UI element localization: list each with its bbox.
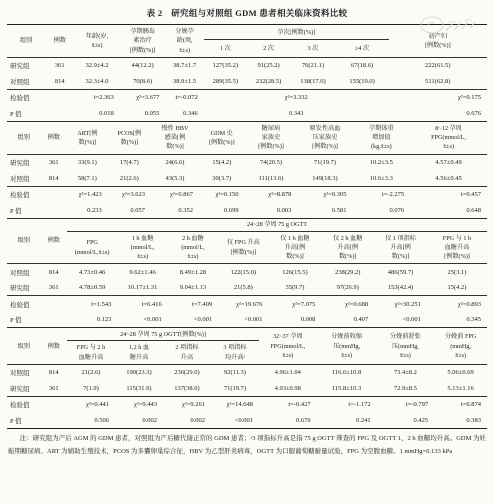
cell: t=6.416 <box>117 296 167 312</box>
cell: 5.13±1.16 <box>434 380 487 396</box>
cell: χ²=30.251 <box>374 296 427 312</box>
cell: 32.3±4.0 <box>74 73 120 89</box>
group-data-row: 对照组81458(7.1)21(2.6)43(5.3)30(3.7)111(13… <box>7 170 487 186</box>
statistic-row: P 值0.2330.0570.3520.6990.0030.5810.0760.… <box>7 202 487 218</box>
row-label: 检验值 <box>7 186 41 202</box>
cell: 71(19.7) <box>297 154 352 170</box>
cell: χ²=3.677 <box>120 89 166 105</box>
cell: 0.233 <box>67 202 108 218</box>
column-header: 例数 <box>45 25 74 57</box>
statistic-row: 检验值χ²=1.423χ²=3.623χ²=0.867χ²=0.150χ²=8.… <box>7 186 487 202</box>
cell: <0.001 <box>218 312 268 328</box>
cell: 236(29.0) <box>163 364 211 380</box>
group-data-row: 研究组3614.78±0.5910.17±1.319.04±1.1321(5.8… <box>7 280 487 296</box>
row-label: 检验值 <box>7 296 41 312</box>
statistic-row: 检验值t=1.543t=6.416t=7.409χ²=19.676χ²=7.07… <box>7 296 487 312</box>
row-label: 检验值 <box>7 89 45 105</box>
column-header: 年龄(岁, x̄±s) <box>74 25 120 57</box>
row-label: 研究组 <box>7 154 41 170</box>
cell: 0.002 <box>163 412 211 428</box>
column-header: 孕期体重 增加值 (kg,x̄±s) <box>353 121 411 154</box>
cell: 0.506 <box>67 412 115 428</box>
cell: 115(31.9) <box>115 380 163 396</box>
cell: χ²=0.867 <box>151 186 199 202</box>
cell <box>45 89 74 105</box>
column-header: FPG (mmol/L,x̄±s) <box>67 231 117 264</box>
row-label: P 值 <box>7 202 41 218</box>
cell: 0.383 <box>434 412 487 428</box>
cell: 361 <box>41 280 67 296</box>
cell: 0.057 <box>108 202 151 218</box>
cell: 137(38.0) <box>163 380 211 396</box>
cell: χ²=0.305 <box>297 186 352 202</box>
row-label: 对照组 <box>7 170 41 186</box>
column-group-header: 孕次[例数(%)] <box>204 25 389 40</box>
cell: χ²=14.648 <box>211 396 259 412</box>
column-header: FPG 与 2 h 血糖升高 <box>67 341 115 365</box>
cell <box>41 412 67 428</box>
cell: 0.055 <box>120 105 166 121</box>
column-header: 分娩前舒张 压(mmHg, x̄±s) <box>377 328 435 364</box>
cell: χ²=0.441 <box>67 396 115 412</box>
cell: 153(42.4) <box>374 280 427 296</box>
cell: t=-1.172 <box>317 396 377 412</box>
cell: 511(62.8) <box>389 73 487 89</box>
row-label: 对照组 <box>7 264 41 280</box>
cell: <0.001 <box>374 312 427 328</box>
row-label: 对照组 <box>7 73 45 89</box>
group-data-row: 对照组8144.73±0.469.62±1.468.49±1.28122(15.… <box>7 264 487 280</box>
section-table-1: 组别例数年龄(岁, x̄±s)孕期胰岛 素治疗 [例数(%)]分娩孕 龄(周, … <box>7 25 487 121</box>
row-label: 研究组 <box>7 280 41 296</box>
cell: 0.581 <box>297 202 352 218</box>
column-header: 组别 <box>7 121 41 154</box>
cell: χ²=3.623 <box>108 186 151 202</box>
cell: 0.407 <box>321 312 374 328</box>
statistic-row: P 值0.0180.0550.3460.3430.676 <box>7 105 487 121</box>
cell: χ²=1.423 <box>67 186 108 202</box>
column-header: 例数 <box>41 218 67 264</box>
table-footnote: 注：研究组为产后 AGM 的 GDM 患者，对照组为产后糖代谢正常的 GDM 患… <box>7 429 487 458</box>
cell: <0.001 <box>168 312 218 328</box>
cell: t=-0.072 <box>165 89 203 105</box>
column-header: 孕期胰岛 素治疗 [例数(%)] <box>120 25 166 57</box>
column-header: 慢性 HBV 感染[例 数(%)] <box>151 121 199 154</box>
row-label: 对照组 <box>7 364 41 380</box>
cell: 10.6±3.3 <box>353 170 411 186</box>
cell: 38.9±1.5 <box>165 73 203 89</box>
cell: 72.9±8.5 <box>377 380 435 396</box>
cell: 32.9±4.2 <box>74 57 120 73</box>
cell: t=0.874 <box>434 396 487 412</box>
page: 表 2 研究组与对照组 GDM 患者相关临床资料比较 组别例数年龄(岁, x̄±… <box>0 0 494 503</box>
column-header: 2 次 <box>247 40 290 57</box>
cell: 0.241 <box>317 412 377 428</box>
group-data-row: 对照组81432.3±4.070(8.6)38.9±1.5289(35.5)23… <box>7 73 487 89</box>
cell <box>45 105 74 121</box>
cell: 4.56±0.45 <box>410 170 487 186</box>
cell: 9.62±1.46 <box>117 264 167 280</box>
column-header: GDM 史 [例数(%)] <box>199 121 245 154</box>
group-data-row: 研究组36132.9±4.244(12.2)38.7±1.7127(35.2)9… <box>7 57 487 73</box>
group-data-row: 研究组3617(1.9)115(31.9)137(38.0)71(19.7)4.… <box>7 380 487 396</box>
cell <box>41 202 67 218</box>
cell: 92(11.3) <box>211 364 259 380</box>
cell <box>41 186 67 202</box>
row-label: P 值 <box>7 105 45 121</box>
column-header: 仅 1 项指标 升高[例 数(%)] <box>374 231 427 264</box>
cell: 0.076 <box>353 202 411 218</box>
column-header: 初产妇 [例数(%)] <box>389 25 487 57</box>
cell: t=1.543 <box>67 296 117 312</box>
cell: 0.648 <box>410 202 487 218</box>
cell: t=-0.797 <box>377 396 435 412</box>
cell: 361 <box>45 57 74 73</box>
cell: 486(59.7) <box>374 264 427 280</box>
cell: 35(9.7) <box>269 280 322 296</box>
cell: 0.345 <box>427 312 487 328</box>
cell: 0.425 <box>377 412 435 428</box>
row-label: 检验值 <box>7 396 41 412</box>
column-header: ≥4 次 <box>336 40 389 57</box>
cell: χ²=0.150 <box>199 186 245 202</box>
group-data-row: 对照组81421(2.6)190(23.3)236(29.0)92(11.3)4… <box>7 364 487 380</box>
cell: 138(17.0) <box>290 73 336 89</box>
cell: χ²=8.878 <box>245 186 298 202</box>
cell: 149(18.3) <box>297 170 352 186</box>
cell: 0.676 <box>389 105 487 121</box>
cell: χ²=19.676 <box>218 296 268 312</box>
cell: χ²=0.175 <box>389 89 487 105</box>
column-header: 仅 FPG 升高 [例数(%)] <box>218 231 268 264</box>
cell: t=-0.427 <box>259 396 317 412</box>
cell: 15(4.2) <box>199 154 245 170</box>
column-header: 级别 <box>7 218 41 264</box>
cell: 0.018 <box>74 105 120 121</box>
cell: 9.04±1.13 <box>168 280 218 296</box>
column-header: 1,2 h 血 糖升高 <box>115 341 163 365</box>
cell: 4.96±1.04 <box>259 364 317 380</box>
cell: 38.7±1.7 <box>165 57 203 73</box>
column-header: FPG 与 1 h 血糖升高 [例数(%)] <box>427 231 487 264</box>
cell: 4.93±0.98 <box>259 380 317 396</box>
section-table-2: 组别例数ART[例 数(%)]PCOS[例 数(%)]慢性 HBV 感染[例 数… <box>7 121 487 218</box>
cell: 361 <box>41 380 67 396</box>
cell: 116.6±10.8 <box>317 364 377 380</box>
column-header: 例数 <box>41 121 67 154</box>
cell: 67(18.6) <box>336 57 389 73</box>
column-header: 糖尿病 家族史 [例数(%)] <box>245 121 298 154</box>
cell <box>41 312 67 328</box>
cell: 10.2±3.5 <box>353 154 411 170</box>
cell: 15(4.2) <box>427 280 487 296</box>
cell: 4.57±0.49 <box>410 154 487 170</box>
column-header: 3 项指标 均升高ᵃ <box>211 341 259 365</box>
cell: t=0.457 <box>410 186 487 202</box>
cell: 73.4±8.2 <box>377 364 435 380</box>
cell: 70(8.6) <box>120 73 166 89</box>
column-header: 8~12 孕周 FPG(mmol/L, x̄±s) <box>410 121 487 154</box>
cell: 814 <box>41 364 67 380</box>
column-header: 例数 <box>41 328 67 364</box>
cell: χ²=7.075 <box>269 296 322 312</box>
column-header: 分娩孕 龄(周, x̄±s) <box>165 25 203 57</box>
cell: 0.008 <box>269 312 322 328</box>
cell: 814 <box>45 73 74 89</box>
cell: <0.001 <box>211 412 259 428</box>
cell: 21(2.6) <box>67 364 115 380</box>
cell: <0.001 <box>117 312 167 328</box>
cell: 33(9.1) <box>67 154 108 170</box>
column-header: 1 次 <box>204 40 247 57</box>
row-label: P 值 <box>7 312 41 328</box>
cell: 0.343 <box>204 105 389 121</box>
cell: 361 <box>41 154 67 170</box>
statistic-row: P 值0.5060.0020.002<0.0010.6700.2410.4250… <box>7 412 487 428</box>
cell: 0.699 <box>199 202 245 218</box>
section-table-4: 级别例数24~28 孕周 75 g OGTT[例数(%)]32~37 孕周 FP… <box>7 327 487 427</box>
cell: 155(19.0) <box>336 73 389 89</box>
column-header: 1 h 血糖 (mmol/L, x̄±s) <box>117 231 167 264</box>
statistic-row: 检验值t=2.363χ²=3.677t=-0.072χ²=3.332χ²=0.1… <box>7 89 487 105</box>
column-header: 2 项指标 升高 <box>163 341 211 365</box>
cell: 8.49±1.28 <box>168 264 218 280</box>
cell: χ²=9.443 <box>115 396 163 412</box>
cell: 17(4.7) <box>108 154 151 170</box>
row-label: P 值 <box>7 412 41 428</box>
cell: 814 <box>41 170 67 186</box>
cell: 0.670 <box>259 412 317 428</box>
table-sections: 组别例数年龄(岁, x̄±s)孕期胰岛 素治疗 [例数(%)]分娩孕 龄(周, … <box>7 24 487 429</box>
cell: 238(29.2) <box>321 264 374 280</box>
cell: χ²=0.893 <box>427 296 487 312</box>
cell: 30(3.7) <box>199 170 245 186</box>
cell: 126(15.5) <box>269 264 322 280</box>
section-table-3: 级别例数24~28 孕周 75 g OGTTFPG (mmol/L,x̄±s)1… <box>7 218 487 328</box>
column-header: 3 次 <box>290 40 336 57</box>
cell: 58(7.1) <box>67 170 108 186</box>
cell <box>41 296 67 312</box>
column-header: 原发性高血 压家族史 [例数(%)] <box>297 121 352 154</box>
cell: χ²=3.332 <box>204 89 389 105</box>
column-header: 仅 2 h 血糖 升高[例 数(%)] <box>321 231 374 264</box>
column-header: 2 h 血糖 (mmol/L, x̄±s) <box>168 231 218 264</box>
cell: 43(5.3) <box>151 170 199 186</box>
row-label: 研究组 <box>7 380 41 396</box>
column-group-header: 24~28 孕周 75 g OGTT[例数(%)] <box>67 328 259 341</box>
cell: 71(19.7) <box>211 380 259 396</box>
cell: 222(61.5) <box>389 57 487 73</box>
cell: 21(2.6) <box>108 170 151 186</box>
cell: 91(25.2) <box>247 57 290 73</box>
cell: 74(20.5) <box>245 154 298 170</box>
cell: 814 <box>41 264 67 280</box>
column-header: 级别 <box>7 328 41 364</box>
cell: 21(5.8) <box>218 280 268 296</box>
cell: 111(13.6) <box>245 170 298 186</box>
cell: 289(35.5) <box>204 73 247 89</box>
cell <box>41 396 67 412</box>
cell: χ²=9.261 <box>163 396 211 412</box>
cell: 24(6.6) <box>151 154 199 170</box>
column-header: 仅 1 h 血糖 升高[例 数(%)] <box>269 231 322 264</box>
table-title: 表 2 研究组与对照组 GDM 患者相关临床资料比较 <box>7 0 487 24</box>
cell: 44(12.2) <box>120 57 166 73</box>
column-header: 分娩前收缩 压(mmHg, x̄±s) <box>317 328 377 364</box>
cell: 122(15.0) <box>218 264 268 280</box>
column-header: 32~37 孕周 FPG(mmol/L, x̄±s) <box>259 328 317 364</box>
group-data-row: 研究组36133(9.1)17(4.7)24(6.6)15(4.2)74(20.… <box>7 154 487 170</box>
cell: 115.8±10.3 <box>317 380 377 396</box>
cell: 10.17±1.31 <box>117 280 167 296</box>
column-header: 分娩前 FPG (mmHg, x̄±s) <box>434 328 487 364</box>
cell: 4.73±0.46 <box>67 264 117 280</box>
cell: 127(35.2) <box>204 57 247 73</box>
cell: t=-2.275 <box>353 186 411 202</box>
cell: 0.123 <box>67 312 117 328</box>
cell: 7(1.9) <box>67 380 115 396</box>
column-header: 组别 <box>7 25 45 57</box>
cell: 0.346 <box>165 105 203 121</box>
cell: 0.003 <box>245 202 298 218</box>
cell: 190(23.3) <box>115 364 163 380</box>
column-group-header: 24~28 孕周 75 g OGTT <box>67 218 487 231</box>
row-label: 研究组 <box>7 57 45 73</box>
cell: 4.78±0.59 <box>67 280 117 296</box>
cell: t=7.409 <box>168 296 218 312</box>
cell: 0.352 <box>151 202 199 218</box>
column-header: PCOS[例 数(%)] <box>108 121 151 154</box>
column-header: ART[例 数(%)] <box>67 121 108 154</box>
statistic-row: P 值0.123<0.001<0.001<0.0010.0080.407<0.0… <box>7 312 487 328</box>
cell: 5.06±0.69 <box>434 364 487 380</box>
statistic-row: 检验值χ²=0.441χ²=9.443χ²=9.261χ²=14.648t=-0… <box>7 396 487 412</box>
cell: 232(28.5) <box>247 73 290 89</box>
cell: t=2.363 <box>74 89 120 105</box>
cell: 97(26.9) <box>321 280 374 296</box>
cell: χ²=0.688 <box>321 296 374 312</box>
cell: 0.002 <box>115 412 163 428</box>
cell: 76(21.1) <box>290 57 336 73</box>
cell: 25(3.1) <box>427 264 487 280</box>
